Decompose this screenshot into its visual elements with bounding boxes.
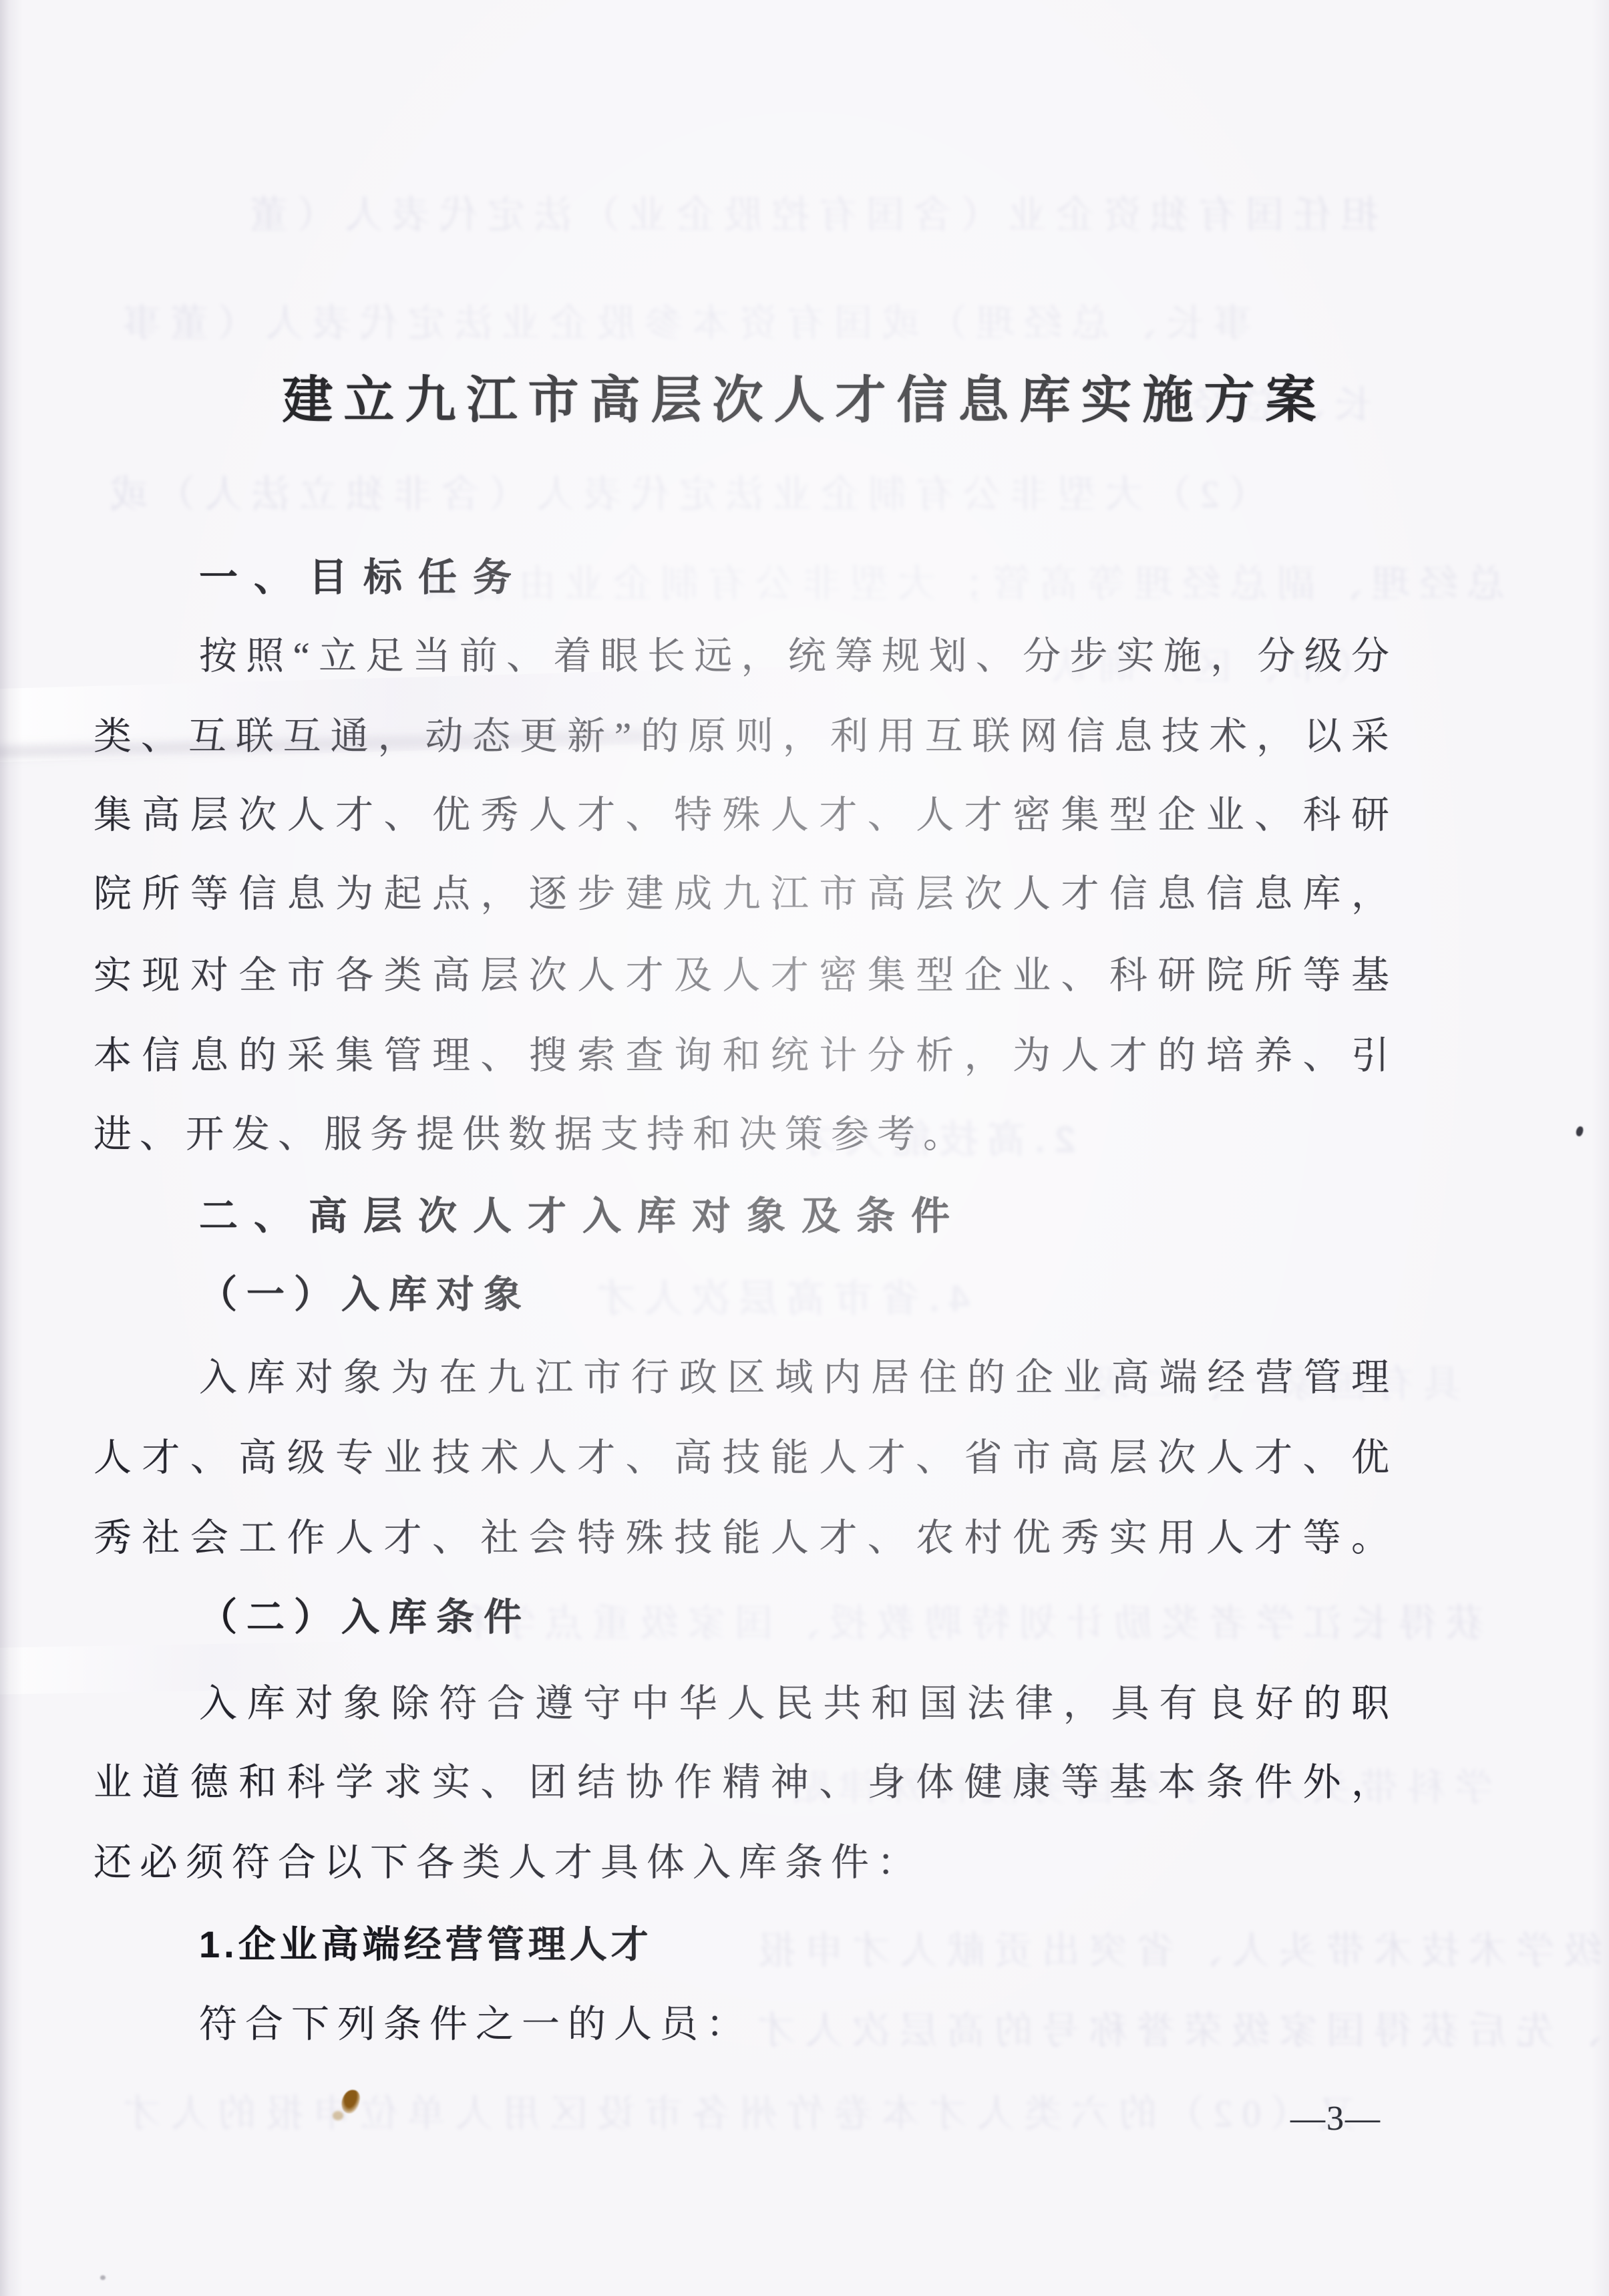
paragraph-line: 类、互联互通，动态更新”的原则，利用互联网信息技术，以采: [94, 715, 1389, 759]
paragraph-line: 院所等信息为起点，逐步建成九江市高层次人才信息信息库，: [94, 872, 1389, 917]
paragraph-line: 秀社会工作人才、社会特殊技能人才、农村优秀实用人才等。: [94, 1516, 1389, 1561]
section-heading-1: 一、目标任务: [94, 556, 1389, 600]
paragraph-line: 进、开发、服务提供数据支持和决策参考。: [94, 1113, 1389, 1157]
document-title: 建立九江市高层次人才信息库实施方案: [0, 359, 1609, 432]
paragraph-line: 还必须符合以下各类人才具体入库条件：: [94, 1841, 1389, 1885]
subsection-heading-1: （一）入库对象: [94, 1273, 1389, 1317]
paragraph-line: 实现对全市各类高层次人才及人才密集型企业、科研院所等基: [94, 954, 1389, 998]
subsection-heading-2: （二）入库条件: [94, 1595, 1389, 1639]
paragraph-line: 入库对象除符合遵守中华人民共和国法律，具有良好的职: [94, 1682, 1389, 1726]
paper-speck: [100, 2275, 106, 2280]
numbered-item-heading: 1.企业高端经营管理人才: [94, 1923, 1389, 1967]
page-number: —3—: [1290, 2099, 1381, 2138]
paragraph-line: 业道德和科学求实、团结协作精神、身体健康等基本条件外，: [94, 1761, 1389, 1805]
scanned-document-page: 担任国有独资企业（含国有控股企业）法定代表人（董 事长、总经理）或国有资本参股企…: [0, 0, 1609, 2296]
paragraph-line: 本信息的采集管理、搜索查询和统计分析，为人才的培养、引: [94, 1034, 1389, 1078]
section-heading-2: 二、高层次人才入库对象及条件: [94, 1194, 1389, 1239]
document-content: 建立九江市高层次人才信息库实施方案 一、目标任务 按照“立足当前、着眼长远，统筹…: [0, 0, 1609, 2296]
paragraph-line: 符合下列条件之一的人员：: [94, 2003, 1389, 2047]
paper-stain: [333, 2111, 343, 2120]
paragraph-line: 按照“立足当前、着眼长远，统筹规划、分步实施，分级分: [94, 635, 1389, 679]
paragraph-line: 入库对象为在九江市行政区域内居住的企业高端经营管理: [94, 1356, 1389, 1400]
paragraph-line: 集高层次人才、优秀人才、特殊人才、人才密集型企业、科研: [94, 794, 1389, 838]
paragraph-line: 人才、高级专业技术人才、高技能人才、省市高层次人才、优: [94, 1436, 1389, 1480]
